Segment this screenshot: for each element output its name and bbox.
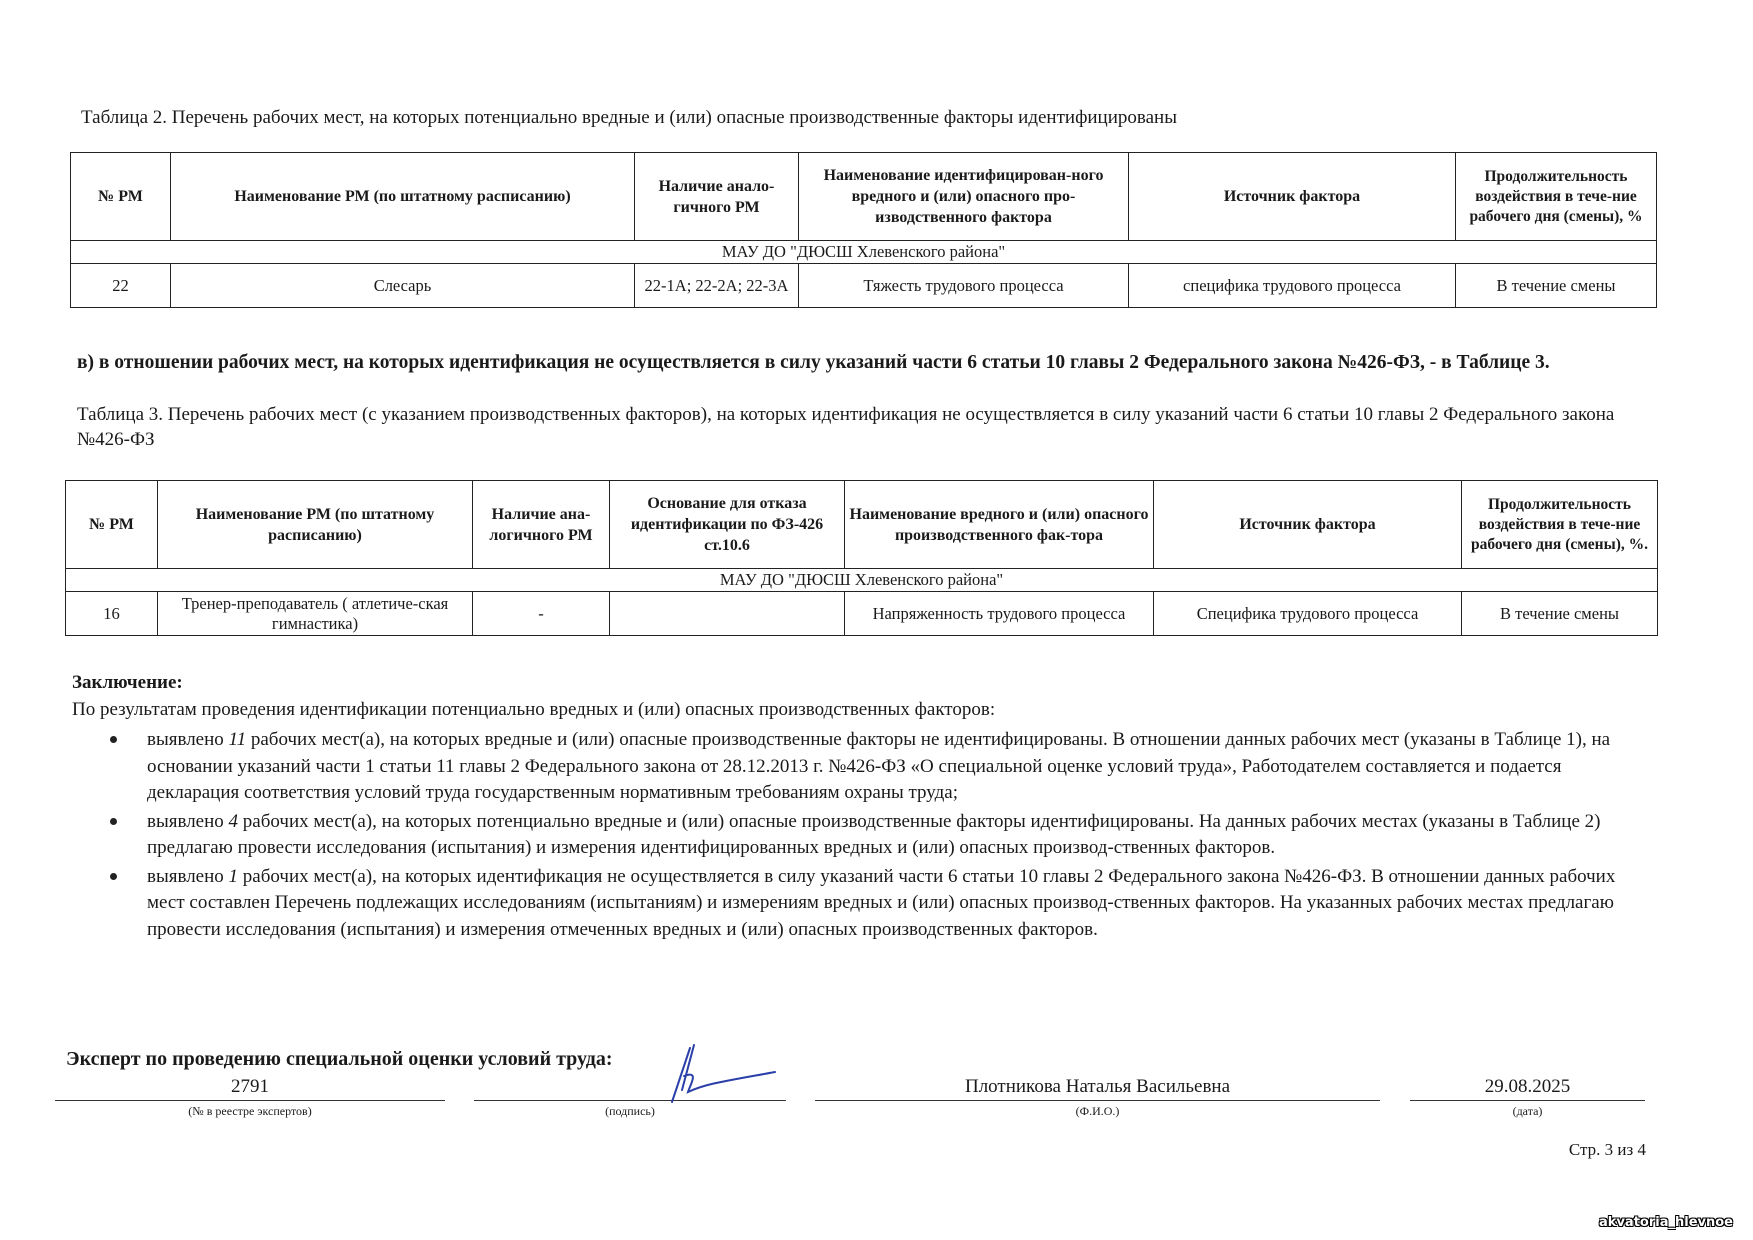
conclusion-item: выявлено 1 рабочих мест(а), на которых и…: [147, 864, 1637, 944]
table2-caption: Таблица 2. Перечень рабочих мест, на кот…: [81, 106, 1701, 130]
name-label: (Ф.И.О.): [815, 1104, 1380, 1119]
header-source: Источник фактора: [1154, 481, 1462, 569]
table2-header-row: № РМ Наименование РМ (по штатному распис…: [71, 153, 1657, 241]
conclusion-title: Заключение:: [72, 670, 183, 697]
header-analog: Наличие ана-логичного РМ: [473, 481, 610, 569]
header-analog: Наличие анало-гичного РМ: [635, 153, 799, 241]
registry-number: 2791: [55, 1076, 445, 1098]
expert-name: Плотникова Наталья Васильевна: [815, 1076, 1380, 1098]
rm-duration: В течение смены: [1456, 264, 1657, 308]
conclusion-item: выявлено 11 рабочих мест(а), на которых …: [147, 727, 1637, 807]
header-duration: Продолжительность воздействия в тече-ние…: [1456, 153, 1657, 241]
header-refusal-basis: Основание для отказа идентификации по ФЗ…: [610, 481, 845, 569]
bullet-icon: [110, 818, 117, 825]
rm-duration: В течение смены: [1462, 592, 1658, 636]
org-name: МАУ ДО "ДЮСШ Хлевенского района": [66, 569, 1658, 592]
rm-factor: Напряженность трудового процесса: [845, 592, 1154, 636]
table-row: 22 Слесарь 22-1А; 22-2А; 22-3А Тяжесть т…: [71, 264, 1657, 308]
date-label: (дата): [1410, 1104, 1645, 1119]
rm-number: 16: [66, 592, 158, 636]
registry-label: (№ в реестре экспертов): [55, 1104, 445, 1119]
rm-number: 22: [71, 264, 171, 308]
name-line: [815, 1100, 1380, 1101]
rm-refusal-basis: [610, 592, 845, 636]
header-rm-number: № РМ: [71, 153, 171, 241]
header-duration: Продолжительность воздействия в тече-ние…: [1462, 481, 1658, 569]
conclusion-list: выявлено 11 рабочих мест(а), на которых …: [147, 727, 1637, 943]
rm-source: Специфика трудового процесса: [1154, 592, 1462, 636]
rm-name: Слесарь: [171, 264, 635, 308]
rm-analog: 22-1А; 22-2А; 22-3А: [635, 264, 799, 308]
header-rm-name: Наименование РМ (по штатному расписанию): [158, 481, 473, 569]
rm-analog: -: [473, 592, 610, 636]
rm-name: Тренер-преподаватель ( атлетиче-ская гим…: [158, 592, 473, 636]
header-factor: Наименование идентифицирован-ного вредно…: [799, 153, 1129, 241]
rm-source: специфика трудового процесса: [1129, 264, 1456, 308]
bullet-icon: [110, 873, 117, 880]
count: 1: [229, 866, 239, 887]
section-v-heading: в) в отношении рабочих мест, на которых …: [77, 350, 1657, 376]
table3-org-row: МАУ ДО "ДЮСШ Хлевенского района": [66, 569, 1658, 592]
table3: № РМ Наименование РМ (по штатному распис…: [65, 480, 1658, 636]
conclusion-intro: По результатам проведения идентификации …: [72, 697, 1672, 724]
table3-caption: Таблица 3. Перечень рабочих мест (с указ…: [77, 402, 1657, 452]
date-line: [1410, 1100, 1645, 1101]
org-name: МАУ ДО "ДЮСШ Хлевенского района": [71, 241, 1657, 264]
rm-factor: Тяжесть трудового процесса: [799, 264, 1129, 308]
handwritten-signature-icon: [660, 1040, 780, 1110]
header-source: Источник фактора: [1129, 153, 1456, 241]
header-rm-name: Наименование РМ (по штатному расписанию): [171, 153, 635, 241]
table3-header-row: № РМ Наименование РМ (по штатному распис…: [66, 481, 1658, 569]
page-number: Стр. 3 из 4: [1569, 1140, 1646, 1160]
expert-title: Эксперт по проведению специальной оценки…: [66, 1048, 613, 1071]
header-factor: Наименование вредного и (или) опасного п…: [845, 481, 1154, 569]
conclusion-item: выявлено 4 рабочих мест(а), на которых п…: [147, 809, 1637, 862]
table2: № РМ Наименование РМ (по штатному распис…: [70, 152, 1657, 308]
count: 4: [229, 811, 239, 832]
table-row: 16 Тренер-преподаватель ( атлетиче-ская …: [66, 592, 1658, 636]
registry-line: [55, 1100, 445, 1101]
table2-org-row: МАУ ДО "ДЮСШ Хлевенского района": [71, 241, 1657, 264]
watermark: akvatoria_hlevnoe: [1599, 1215, 1733, 1230]
signature-date: 29.08.2025: [1410, 1076, 1645, 1098]
bullet-icon: [110, 736, 117, 743]
header-rm-number: № РМ: [66, 481, 158, 569]
count: 11: [229, 729, 247, 750]
